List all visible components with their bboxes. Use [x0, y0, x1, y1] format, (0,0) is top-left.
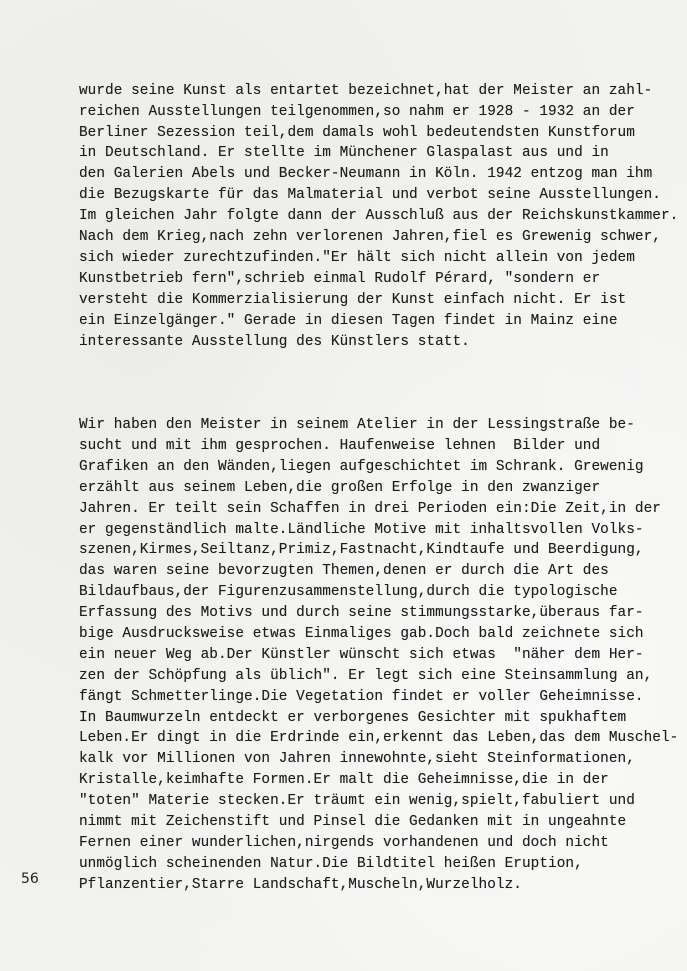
- text-line: Wir haben den Meister in seinem Atelier …: [79, 415, 687, 436]
- text-line: Nach dem Krieg,nach zehn verlorenen Jahr…: [79, 227, 687, 248]
- text-line: wurde seine Kunst als entartet bezeichne…: [79, 81, 687, 102]
- body-text: wurde seine Kunst als entartet bezeichne…: [79, 39, 687, 937]
- text-line: Jahren. Er teilt sein Schaffen in drei P…: [79, 499, 687, 520]
- text-line: fängt Schmetterlinge.Die Vegetation find…: [79, 687, 687, 708]
- text-line: sich wieder zurechtzufinden."Er hält sic…: [79, 248, 687, 269]
- page-number: 56: [21, 871, 39, 887]
- paragraph-1: wurde seine Kunst als entartet bezeichne…: [79, 81, 687, 353]
- text-line: Im gleichen Jahr folgte dann der Ausschl…: [79, 206, 687, 227]
- text-line: in Deutschland. Er stellte im Münchener …: [79, 143, 687, 164]
- text-line: versteht die Kommerzialisierung der Kuns…: [79, 290, 687, 311]
- text-line: zen der Schöpfung als üblich". Er legt s…: [79, 666, 687, 687]
- text-line: den Galerien Abels und Becker-Neumann in…: [79, 164, 687, 185]
- text-line: Pflanzentier,Starre Landschaft,Muscheln,…: [79, 875, 687, 896]
- text-line: interessante Ausstellung des Künstlers s…: [79, 332, 687, 353]
- text-line: szenen,Kirmes,Seiltanz,Primiz,Fastnacht,…: [79, 540, 687, 561]
- text-line: das waren seine bevorzugten Themen,denen…: [79, 561, 687, 582]
- text-line: unmöglich scheinenden Natur.Die Bildtite…: [79, 854, 687, 875]
- text-line: Fernen einer wunderlichen,nirgends vorha…: [79, 833, 687, 854]
- text-line: Kunstbetrieb fern",schrieb einmal Rudolf…: [79, 269, 687, 290]
- paragraph-2: Wir haben den Meister in seinem Atelier …: [79, 415, 687, 895]
- text-line: er gegenständlich malte.Ländliche Motive…: [79, 520, 687, 541]
- text-line: Leben.Er dingt in die Erdrinde ein,erken…: [79, 728, 687, 749]
- text-line: kalk vor Millionen von Jahren innewohnte…: [79, 749, 687, 770]
- text-line: ein Einzelgänger." Gerade in diesen Tage…: [79, 311, 687, 332]
- text-line: ein neuer Weg ab.Der Künstler wünscht si…: [79, 645, 687, 666]
- text-line: nimmt mit Zeichenstift und Pinsel die Ge…: [79, 812, 687, 833]
- text-line: sucht und mit ihm gesprochen. Haufenweis…: [79, 436, 687, 457]
- text-line: Kristalle,keimhafte Formen.Er malt die G…: [79, 770, 687, 791]
- text-line: Erfassung des Motivs und durch seine sti…: [79, 603, 687, 624]
- text-line: die Bezugskarte für das Malmaterial und …: [79, 185, 687, 206]
- document-page: wurde seine Kunst als entartet bezeichne…: [0, 0, 687, 971]
- text-line: Berliner Sezession teil,dem damals wohl …: [79, 123, 687, 144]
- text-line: bige Ausdrucksweise etwas Einmaliges gab…: [79, 624, 687, 645]
- text-line: "toten" Materie stecken.Er träumt ein we…: [79, 791, 687, 812]
- text-line: reichen Ausstellungen teilgenommen,so na…: [79, 102, 687, 123]
- text-line: erzählt aus seinem Leben,die großen Erfo…: [79, 478, 687, 499]
- text-line: In Baumwurzeln entdeckt er verborgenes G…: [79, 708, 687, 729]
- text-line: Bildaufbaus,der Figurenzusammenstellung,…: [79, 582, 687, 603]
- text-line: Grafiken an den Wänden,liegen aufgeschic…: [79, 457, 687, 478]
